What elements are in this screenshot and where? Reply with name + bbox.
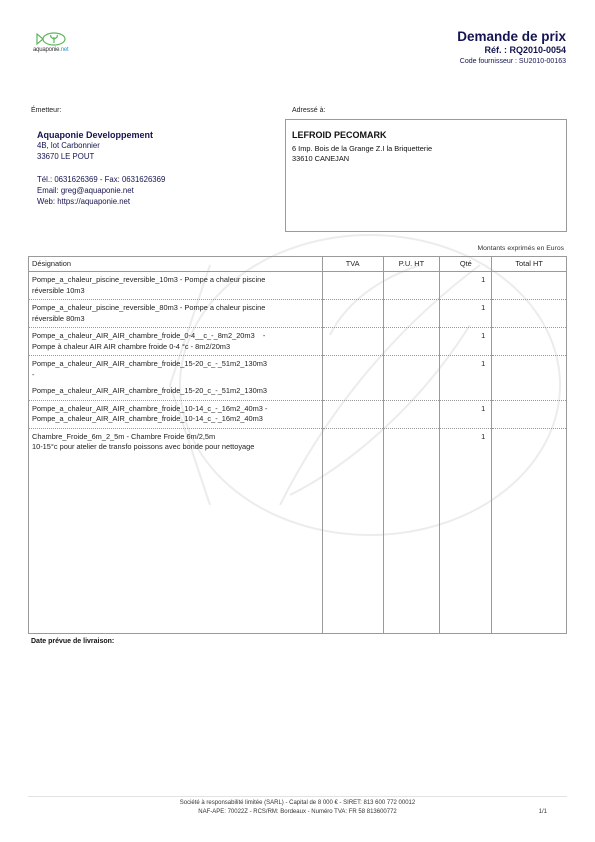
table-row: Chambre_Froide_6m_2_5m - Chambre Froide … [29,428,567,633]
cell-pu-ht [383,400,440,428]
cell-tva [322,428,383,633]
designation-line: Pompe_a_chaleur_piscine_reversible_80m3 … [32,303,319,314]
designation-line: Pompe_a_chaleur_AIR_AIR_chambre_froide_1… [32,386,319,397]
cell-total-ht [492,356,567,401]
cell-designation: Pompe_a_chaleur_AIR_AIR_chambre_froide_0… [29,328,323,356]
designation-line: Pompe_a_chaleur_AIR_AIR_chambre_froide_1… [32,404,319,415]
cell-qty: 1 [440,428,492,633]
column-header-tva: TVA [322,257,383,272]
border-cell [322,633,383,634]
cell-tva [322,272,383,300]
recipient-address-line2: 33610 CANEJAN [292,154,349,163]
recipient-address-line1: 6 Imp. Bois de la Grange Z.I la Briquett… [292,144,432,153]
designation-line: Pompe_a_chaleur_AIR_AIR_chambre_froide_1… [32,414,319,425]
footer-legal-line1: Société à responsabilité limitée (SARL) … [0,800,595,806]
designation-line: Pompe_a_chaleur_AIR_AIR_chambre_froide_0… [32,331,319,342]
table-header-row: Désignation TVA P.U. HT Qté Total HT [29,257,567,272]
cell-tva [322,356,383,401]
border-cell [383,633,440,634]
footer-legal-line2: NAF-APE: 70022Z - RCS/RM: Bordeaux - Num… [0,809,595,815]
recipient-label: Adressé à: [292,107,325,114]
supplier-code: Code fournisseur : SU2010-00163 [460,58,566,65]
delivery-date-label: Date prévue de livraison: [31,638,114,645]
cell-tva [322,328,383,356]
cell-total-ht [492,428,567,633]
table-row: Pompe_a_chaleur_AIR_AIR_chambre_froide_1… [29,356,567,401]
cell-designation: Pompe_a_chaleur_AIR_AIR_chambre_froide_1… [29,400,323,428]
fish-logo-icon [30,30,80,48]
cell-designation: Chambre_Froide_6m_2_5m - Chambre Froide … [29,428,323,633]
cell-qty: 1 [440,328,492,356]
sender-email[interactable]: Email: greg@aquaponie.net [37,186,134,195]
cell-pu-ht [383,428,440,633]
cell-pu-ht [383,272,440,300]
sender-address-line2: 33670 LE POUT [37,152,94,161]
designation-line: réversible 10m3 [32,286,319,297]
column-header-pu-ht: P.U. HT [383,257,440,272]
cell-designation: Pompe_a_chaleur_piscine_reversible_10m3 … [29,272,323,300]
sender-name: Aquaponie Developpement [37,130,153,140]
column-header-qty: Qté [440,257,492,272]
table-row: Pompe_a_chaleur_AIR_AIR_chambre_froide_1… [29,400,567,428]
cell-total-ht [492,328,567,356]
sender-address-line1: 4B, lot Carbonnier [37,141,100,150]
designation-line: - [32,370,319,381]
cell-total-ht [492,400,567,428]
sender-phone-fax: Tél.: 0631626369 - Fax: 0631626369 [37,175,165,184]
designation-line: Chambre_Froide_6m_2_5m - Chambre Froide … [32,432,319,443]
page-number: 1/1 [539,809,547,815]
cell-designation: Pompe_a_chaleur_AIR_AIR_chambre_froide_1… [29,356,323,401]
document-title: Demande de prix [457,29,566,44]
designation-line: Pompe_a_chaleur_piscine_reversible_10m3 … [32,275,319,286]
currency-note: Montants exprimés en Euros [477,245,564,252]
logo-text: aquaponie [33,47,59,53]
cell-qty: 1 [440,300,492,328]
column-header-designation: Désignation [29,257,323,272]
column-header-total-ht: Total HT [492,257,567,272]
designation-line: réversible 80m3 [32,314,319,325]
designation-line: Pompe_a_chaleur_AIR_AIR_chambre_froide_1… [32,359,319,370]
cell-tva [322,300,383,328]
table-row: Pompe_a_chaleur_piscine_reversible_80m3 … [29,300,567,328]
cell-total-ht [492,272,567,300]
table-row: Pompe_a_chaleur_piscine_reversible_10m3 … [29,272,567,300]
designation-line: Pompe à chaleur AIR AIR chambre froide 0… [32,342,319,353]
document-reference: Réf. : RQ2010-0054 [484,45,566,55]
recipient-name: LEFROID PECOMARK [292,130,387,140]
cell-qty: 1 [440,400,492,428]
cell-pu-ht [383,300,440,328]
logo-tld: .net [59,47,68,53]
cell-pu-ht [383,328,440,356]
company-logo: aquaponie.net [30,30,80,56]
cell-qty: 1 [440,272,492,300]
items-table: Désignation TVA P.U. HT Qté Total HT Pom… [28,256,567,634]
table-row: Pompe_a_chaleur_AIR_AIR_chambre_froide_0… [29,328,567,356]
footer-divider [28,796,567,797]
cell-pu-ht [383,356,440,401]
border-cell [29,633,323,634]
cell-qty: 1 [440,356,492,401]
cell-total-ht [492,300,567,328]
border-cell [492,633,567,634]
sender-label: Émetteur: [31,107,61,114]
cell-designation: Pompe_a_chaleur_piscine_reversible_80m3 … [29,300,323,328]
border-cell [440,633,492,634]
designation-line: 10-15°c pour atelier de transfo poissons… [32,442,319,453]
table-bottom-border [29,633,567,634]
sender-web[interactable]: Web: https://aquaponie.net [37,197,130,206]
cell-tva [322,400,383,428]
